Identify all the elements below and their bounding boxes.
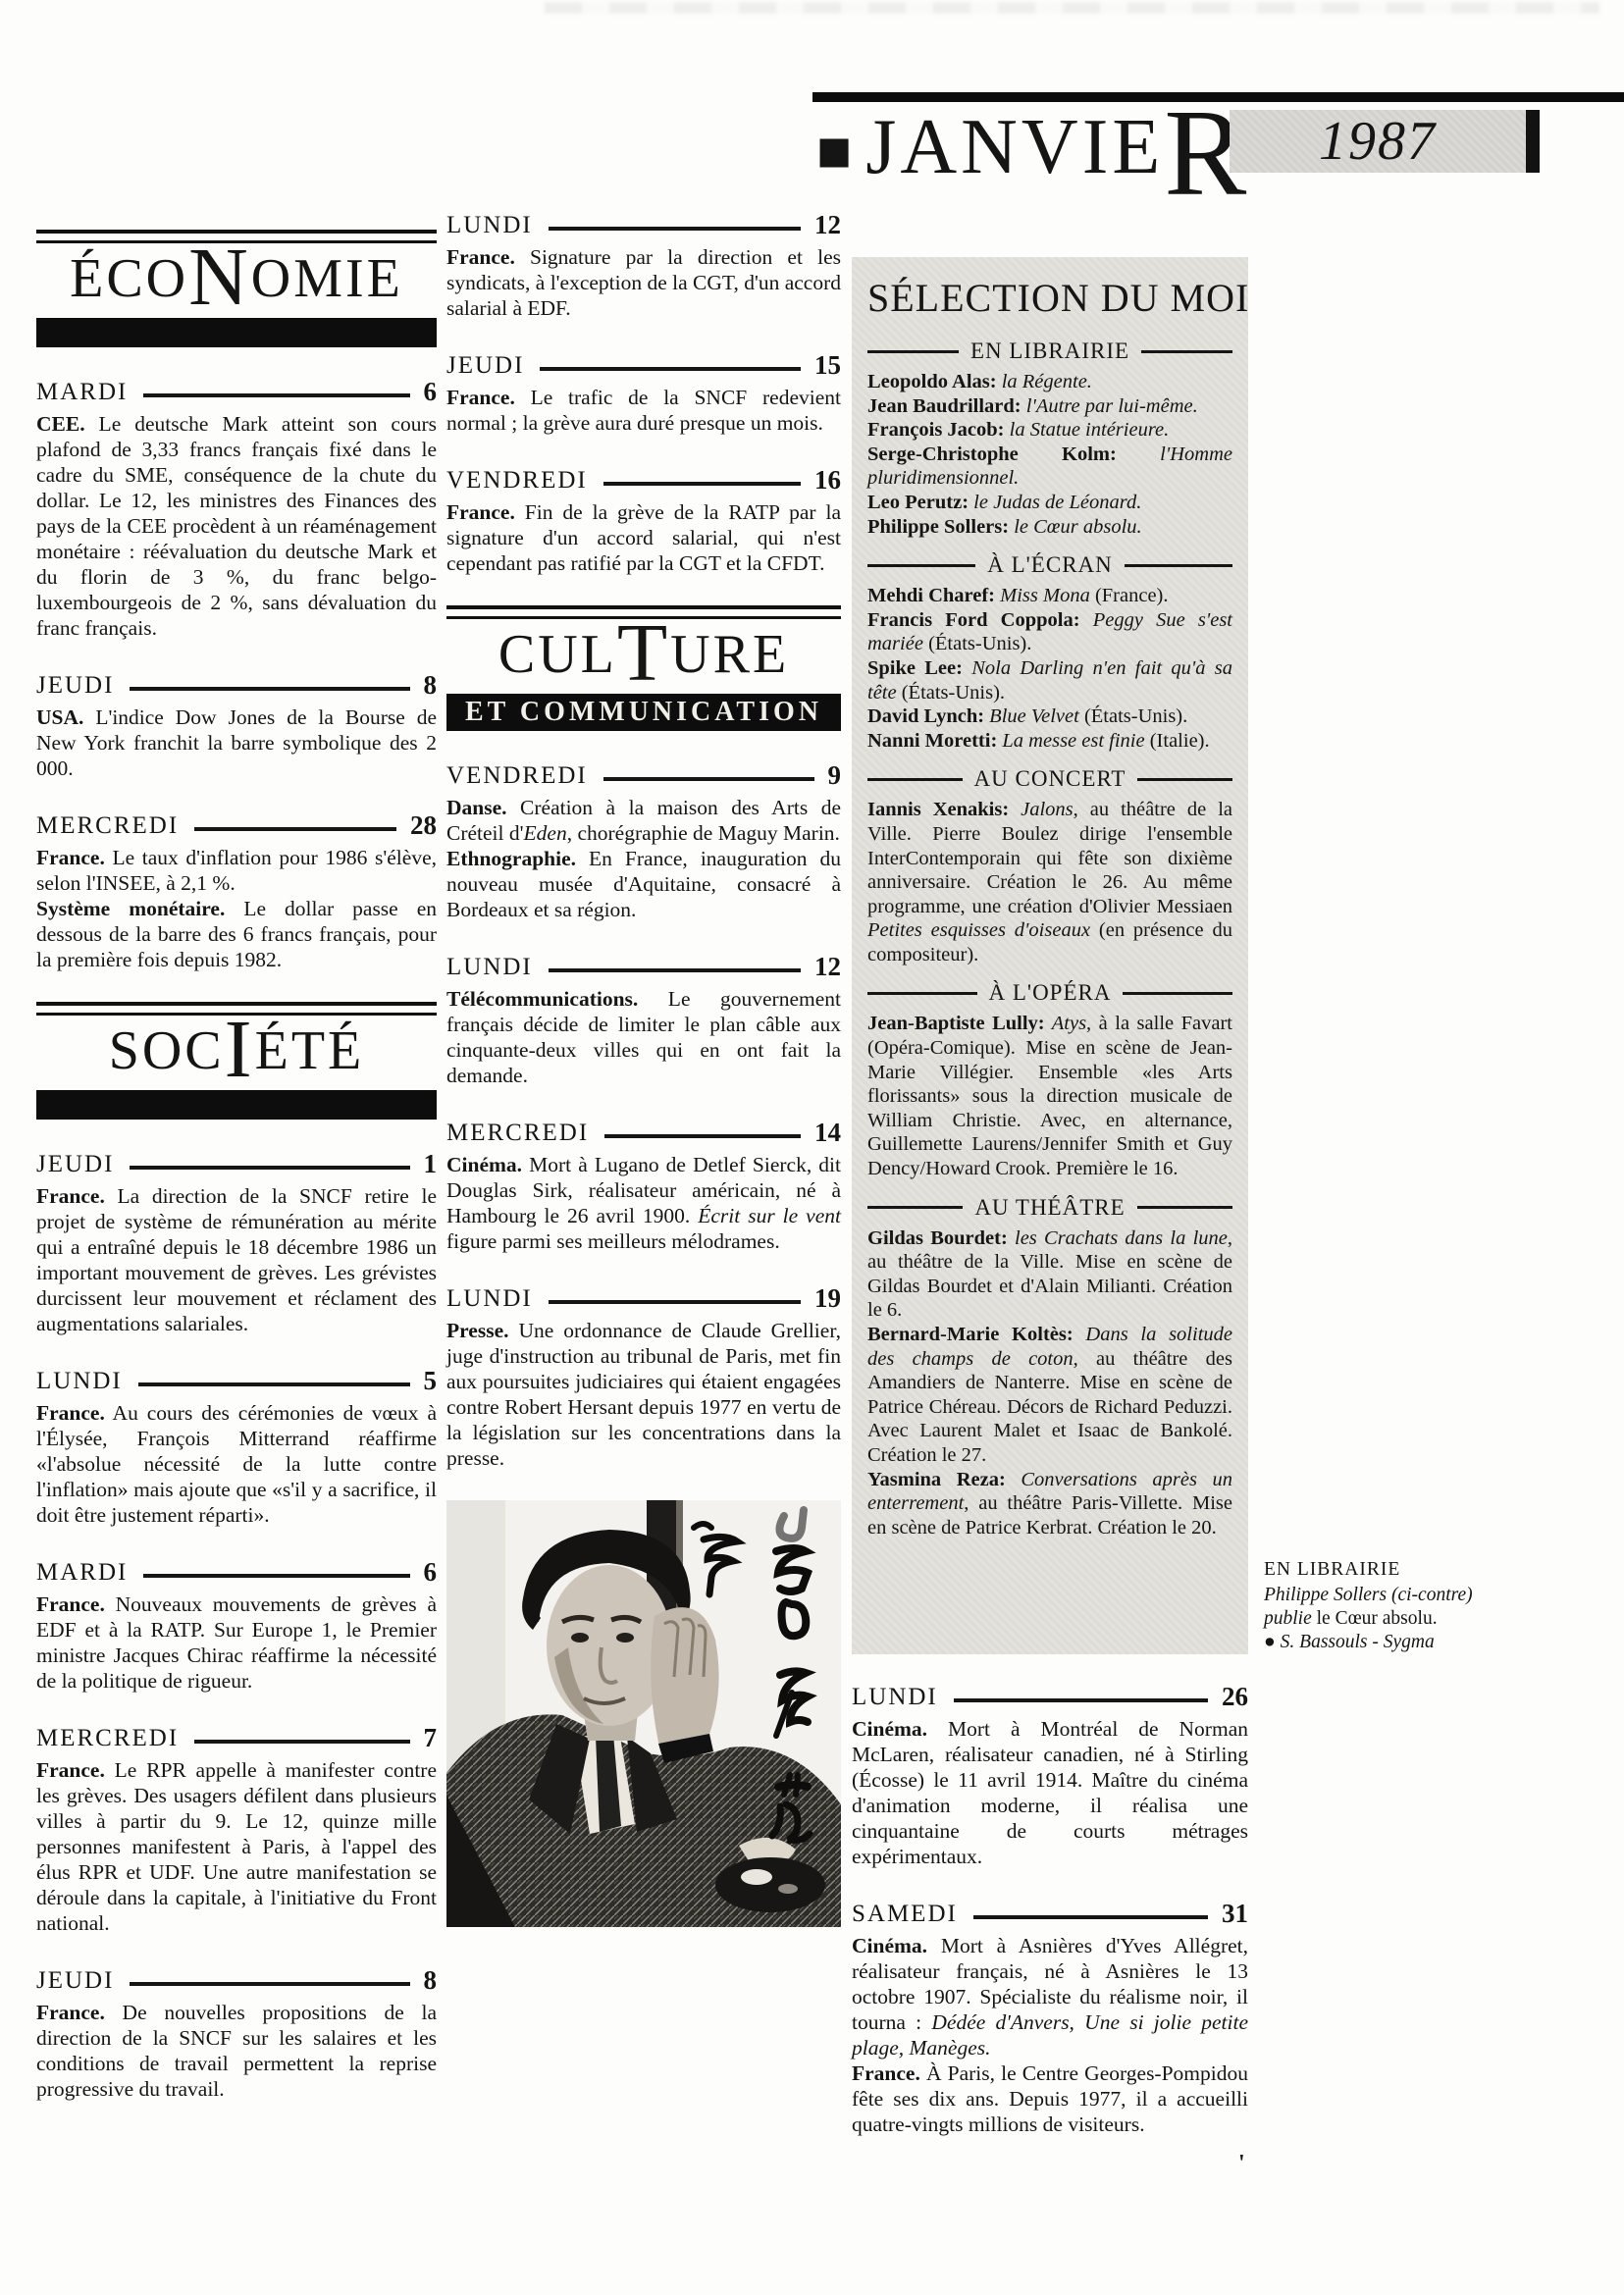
- column-economie-societe: ÉCONOMIE MARDI 6 CEE. Le deutsche Mark a…: [36, 224, 437, 2131]
- text-run: les Crachats dans la lune: [1008, 1227, 1228, 1249]
- day-entry: MARDI 6 CEE. Le deutsche Mark atteint so…: [36, 377, 437, 641]
- text-run: France.: [36, 1184, 105, 1208]
- text-paragraph: Système monétaire. Le dollar passe en de…: [36, 896, 437, 972]
- subhead-rule-left: [867, 778, 963, 781]
- text-run: Serge-Christophe Kolm:: [867, 443, 1117, 465]
- text-paragraph: France. Le taux d'inflation pour 1986 s'…: [36, 845, 437, 896]
- day-entry: MERCREDI 28 France. Le taux d'inflation …: [36, 810, 437, 972]
- caption-body: Philippe Sollers (ci-contre)publie le Cœ…: [1264, 1584, 1568, 1654]
- subhead-rule-left: [867, 1206, 963, 1209]
- year-box: 1987: [1230, 110, 1540, 173]
- text-run: L'indice Dow Jones de la Bourse de New Y…: [36, 705, 437, 780]
- entry-day: MERCREDI: [36, 812, 179, 840]
- entry-head: SAMEDI 31: [852, 1899, 1248, 1929]
- text-run: CEE.: [36, 412, 85, 436]
- entry-body: Cinéma. Mort à Asnières d'Yves Allégret,…: [852, 1933, 1248, 2137]
- entry-day-number: 1: [424, 1149, 438, 1179]
- text-run: Leopoldo Alas:: [867, 371, 997, 392]
- text-paragraph: Spike Lee: Nola Darling n'en fait qu'à s…: [867, 656, 1232, 704]
- text-paragraph: Jean-Baptiste Lully: Atys, à la salle Fa…: [867, 1012, 1232, 1180]
- text-paragraph: France. Au cours des cérémonies de vœux …: [36, 1400, 437, 1528]
- text-paragraph: Jean Baudrillard: l'Autre par lui-même.: [867, 394, 1232, 419]
- caption-label: EN LIBRAIRIE: [1264, 1558, 1568, 1582]
- panel-subhead: À L'OPÉRA: [867, 980, 1232, 1006]
- panel-subhead: AU THÉÂTRE: [867, 1195, 1232, 1221]
- scan-stray-mark: ': [1238, 2151, 1245, 2177]
- text-run: Jean Baudrillard:: [867, 395, 1022, 417]
- month-title: JANVIER: [865, 106, 1246, 188]
- text-paragraph: Mehdi Charef: Miss Mona (France).: [867, 584, 1232, 608]
- entry-day-number: 6: [424, 377, 438, 407]
- entry-day: MARDI: [36, 1559, 128, 1587]
- text-run: Jalons: [1009, 799, 1074, 820]
- subhead-label: À L'OPÉRA: [989, 980, 1112, 1006]
- text-run: Presse.: [446, 1319, 508, 1342]
- day-entry: MERCREDI 7 France. Le RPR appelle à mani…: [36, 1723, 437, 1936]
- entry-day: LUNDI: [446, 1285, 533, 1313]
- section-big-letter: N: [188, 232, 251, 323]
- entry-body: France. Au cours des cérémonies de vœux …: [36, 1400, 437, 1528]
- entry-head: JEUDI 8: [36, 670, 437, 701]
- entry-body: France. Signature par la direction et le…: [446, 244, 841, 321]
- day-entry: MARDI 6 France. Nouveaux mouvements de g…: [36, 1557, 437, 1694]
- text-run: France.: [852, 2061, 920, 2085]
- entry-rule: [194, 1740, 409, 1744]
- day-entry: LUNDI 12 Télécommunications. Le gouverne…: [446, 952, 841, 1088]
- panel-subhead: AU CONCERT: [867, 766, 1232, 792]
- text-run: Yasmina Reza:: [867, 1469, 1006, 1490]
- photo-caption: EN LIBRAIRIE Philippe Sollers (ci-contre…: [1264, 1558, 1568, 1654]
- entry-day-number: 8: [424, 670, 438, 701]
- text-paragraph: ● S. Bassouls - Sygma: [1264, 1631, 1568, 1654]
- subhead-label: AU CONCERT: [974, 766, 1126, 792]
- text-paragraph: France. Le RPR appelle à manifester cont…: [36, 1757, 437, 1936]
- day-entry: JEUDI 8 France. De nouvelles proposition…: [36, 1965, 437, 2102]
- entry-day: MARDI: [36, 379, 128, 406]
- entry-body: USA. L'indice Dow Jones de la Bourse de …: [36, 704, 437, 781]
- magazine-page: ■ JANVIER 1987 ÉCONOMIE MARDI 6 CEE. Le …: [0, 0, 1624, 2295]
- text-run: Miss Mona: [995, 585, 1090, 606]
- text-paragraph: France. Nouveaux mouvements de grèves à …: [36, 1591, 437, 1694]
- text-run: S. Bassouls - Sygma: [1281, 1632, 1435, 1652]
- text-paragraph: France. De nouvelles propositions de la …: [36, 2000, 437, 2102]
- text-run: Blue Velvet: [984, 705, 1079, 727]
- text-run: France.: [36, 2001, 105, 2024]
- entry-day-number: 31: [1222, 1899, 1248, 1929]
- text-paragraph: Cinéma. Mort à Lugano de Detlef Sierck, …: [446, 1152, 841, 1254]
- text-run: France.: [446, 500, 515, 524]
- entry-rule: [143, 1574, 409, 1578]
- text-run: (États-Unis).: [923, 633, 1031, 654]
- entry-head: VENDREDI 9: [446, 760, 841, 791]
- square-bullet-icon: ■: [816, 122, 852, 181]
- text-paragraph: Gildas Bourdet: les Crachats dans la lun…: [867, 1226, 1232, 1323]
- text-run: Ethnographie.: [446, 847, 576, 870]
- text-paragraph: France. À Paris, le Centre Georges-Pompi…: [852, 2060, 1248, 2137]
- entry-body: Danse. Création à la maison des Arts de …: [446, 795, 841, 922]
- text-paragraph: France. Signature par la direction et le…: [446, 244, 841, 321]
- panel-groups: EN LIBRAIRIE Leopoldo Alas: la Régente.J…: [867, 339, 1232, 1539]
- text-run: (États-Unis).: [897, 682, 1005, 704]
- text-run: la Statue intérieure.: [1005, 419, 1170, 441]
- text-run: (France).: [1090, 585, 1169, 606]
- year-label: 1987: [1319, 110, 1437, 173]
- section-black-bar: ET COMMUNICATION: [446, 694, 841, 731]
- entry-body: France. De nouvelles propositions de la …: [36, 2000, 437, 2102]
- text-paragraph: Cinéma. Mort à Montréal de Norman McLare…: [852, 1716, 1248, 1869]
- subhead-label: AU THÉÂTRE: [974, 1195, 1125, 1221]
- subhead-label: EN LIBRAIRIE: [970, 339, 1129, 364]
- text-paragraph: Cinéma. Mort à Asnières d'Yves Allégret,…: [852, 1933, 1248, 2060]
- section-header: SOCIÉTÉ: [36, 1002, 437, 1120]
- entry-head: VENDREDI 16: [446, 465, 841, 496]
- entry-body: Cinéma. Mort à Lugano de Detlef Sierck, …: [446, 1152, 841, 1254]
- day-entry: SAMEDI 31 Cinéma. Mort à Asnières d'Yves…: [852, 1899, 1248, 2137]
- subhead-rule-left: [867, 564, 975, 567]
- entry-day: JEUDI: [446, 352, 524, 380]
- day-entry: MERCREDI 14 Cinéma. Mort à Lugano de Det…: [446, 1118, 841, 1254]
- day-entry: JEUDI 15 France. Le trafic de la SNCF re…: [446, 350, 841, 436]
- day-entry: LUNDI 26 Cinéma. Mort à Montréal de Norm…: [852, 1682, 1248, 1869]
- entry-day-number: 5: [424, 1366, 438, 1396]
- text-run: Leo Perutz:: [867, 492, 969, 513]
- text-run: Le RPR appelle à manifester contre les g…: [36, 1758, 437, 1935]
- section-big-letter: T: [617, 607, 670, 699]
- text-run: François Jacob:: [867, 419, 1005, 441]
- entry-head: MERCREDI 7: [36, 1723, 437, 1753]
- entry-day: LUNDI: [446, 954, 533, 981]
- day-entry: JEUDI 8 USA. L'indice Dow Jones de la Bo…: [36, 670, 437, 781]
- entry-body: Télécommunications. Le gouvernement fran…: [446, 986, 841, 1088]
- entry-day-number: 16: [814, 465, 841, 496]
- text-run: Philippe Sollers:: [867, 516, 1009, 538]
- entry-body: France. Le trafic de la SNCF redevient n…: [446, 385, 841, 436]
- panel-subhead: À L'ÉCRAN: [867, 552, 1232, 578]
- entry-day: JEUDI: [36, 1151, 114, 1178]
- text-run: France.: [446, 386, 515, 409]
- text-run: Système monétaire.: [36, 897, 225, 920]
- text-run: le Judas de Léonard.: [969, 492, 1141, 513]
- text-run: Spike Lee:: [867, 657, 963, 679]
- day-entry: LUNDI 12 France. Signature par la direct…: [446, 210, 841, 321]
- text-run: Nanni Moretti:: [867, 730, 997, 752]
- entry-day: LUNDI: [36, 1368, 123, 1395]
- text-run: Gildas Bourdet:: [867, 1227, 1008, 1249]
- entry-day-number: 26: [1222, 1682, 1248, 1712]
- entry-day-number: 8: [424, 1965, 438, 1996]
- text-run: figure parmi ses meilleurs mélodrames.: [446, 1229, 780, 1253]
- entry-day-number: 15: [814, 350, 841, 381]
- text-run: Atys: [1045, 1013, 1086, 1034]
- entry-head: MARDI 6: [36, 377, 437, 407]
- entry-head: LUNDI 12: [446, 210, 841, 240]
- text-paragraph: France. Le trafic de la SNCF redevient n…: [446, 385, 841, 436]
- entry-body: France. Fin de la grève de la RATP par l…: [446, 499, 841, 576]
- entry-body: France. Le taux d'inflation pour 1986 s'…: [36, 845, 437, 972]
- text-paragraph: Iannis Xenakis: Jalons, au théâtre de la…: [867, 798, 1232, 966]
- text-paragraph: Leo Perutz: le Judas de Léonard.: [867, 491, 1232, 515]
- text-run: Danse.: [446, 796, 507, 819]
- entry-rule: [954, 1698, 1208, 1702]
- entry-day-number: 14: [814, 1118, 841, 1148]
- text-run: Mehdi Charef:: [867, 585, 995, 606]
- text-run: Écrit sur le vent: [698, 1204, 841, 1227]
- text-run: ●: [1264, 1632, 1281, 1652]
- entry-head: LUNDI 5: [36, 1366, 437, 1396]
- text-run: , à la salle Favart (Opéra-Comique). Mis…: [867, 1013, 1232, 1179]
- entry-body: Cinéma. Mort à Montréal de Norman McLare…: [852, 1716, 1248, 1869]
- entry-day: LUNDI: [446, 212, 533, 239]
- text-paragraph: Télécommunications. Le gouvernement fran…: [446, 986, 841, 1088]
- entry-rule: [194, 827, 396, 831]
- entry-head: JEUDI 1: [36, 1149, 437, 1179]
- entry-rule: [603, 777, 814, 781]
- entry-day-number: 28: [410, 810, 437, 841]
- text-paragraph: Yasmina Reza: Conversations après un ent…: [867, 1468, 1232, 1540]
- entry-rule: [549, 227, 801, 231]
- entry-rule: [549, 968, 801, 972]
- text-run: France.: [36, 1401, 105, 1425]
- entry-head: JEUDI 15: [446, 350, 841, 381]
- column-culture: LUNDI 12 France. Signature par la direct…: [446, 210, 841, 1927]
- text-paragraph: Philippe Sollers (ci-contre): [1264, 1584, 1568, 1607]
- entry-day: MERCREDI: [36, 1725, 179, 1752]
- text-run: France.: [36, 1758, 105, 1782]
- text-run: publie: [1264, 1608, 1312, 1629]
- entry-day: LUNDI: [852, 1684, 938, 1711]
- subhead-rule-right: [1141, 350, 1232, 353]
- subhead-rule-right: [1123, 992, 1232, 995]
- section-header: CULTURE ET COMMUNICATION: [446, 605, 841, 731]
- day-entry: VENDREDI 16 France. Fin de la grève de l…: [446, 465, 841, 576]
- text-paragraph: USA. L'indice Dow Jones de la Bourse de …: [36, 704, 437, 781]
- text-paragraph: Philippe Sollers: le Cœur absolu.: [867, 515, 1232, 540]
- subhead-rule-right: [1125, 564, 1232, 567]
- photo-philippe-sollers: [446, 1500, 841, 1927]
- text-run: le Cœur absolu.: [1009, 516, 1142, 538]
- entry-rule: [604, 1134, 801, 1138]
- entry-head: LUNDI 26: [852, 1682, 1248, 1712]
- text-run: le Cœur absolu.: [1312, 1608, 1438, 1629]
- text-paragraph: Francis Ford Coppola: Peggy Sue s'est ma…: [867, 608, 1232, 656]
- photo-block: [446, 1500, 841, 1927]
- entry-day: JEUDI: [36, 1967, 114, 1995]
- entry-rule: [549, 1300, 801, 1304]
- subhead-rule-right: [1137, 1206, 1232, 1209]
- text-run: France.: [446, 245, 515, 269]
- subhead-rule-left: [867, 350, 959, 353]
- section-title: CULTURE: [446, 623, 841, 686]
- entry-day: JEUDI: [36, 672, 114, 700]
- entry-day-number: 6: [424, 1557, 438, 1588]
- entry-day-number: 19: [814, 1283, 841, 1314]
- entry-day-number: 9: [828, 760, 842, 791]
- entry-head: LUNDI 12: [446, 952, 841, 982]
- text-paragraph: Leopoldo Alas: la Régente.: [867, 370, 1232, 394]
- text-run: David Lynch:: [867, 705, 984, 727]
- entry-head: MARDI 6: [36, 1557, 437, 1588]
- day-entry: LUNDI 19 Presse. Une ordonnance de Claud…: [446, 1283, 841, 1471]
- section-title: ÉCONOMIE: [36, 247, 437, 310]
- selection-du-mois-panel: SÉLECTION DU MOIS EN LIBRAIRIE Leopoldo …: [852, 257, 1248, 1654]
- entry-head: MERCREDI 28: [36, 810, 437, 841]
- section-big-letter: I: [225, 1004, 255, 1095]
- entry-head: LUNDI 19: [446, 1283, 841, 1314]
- entry-rule: [138, 1382, 410, 1386]
- scan-ghost-text: [545, 2, 1599, 14]
- text-run: la Régente.: [997, 371, 1092, 392]
- entry-day-number: 12: [814, 210, 841, 240]
- text-run: Cinéma.: [852, 1717, 927, 1741]
- masthead: ■ JANVIER: [816, 106, 1246, 188]
- day-entry: VENDREDI 9 Danse. Création à la maison d…: [446, 760, 841, 922]
- text-run: Le deutsche Mark atteint son cours plafo…: [36, 412, 437, 640]
- text-run: Iannis Xenakis:: [867, 799, 1009, 820]
- text-paragraph: Presse. Une ordonnance de Claude Grellie…: [446, 1318, 841, 1471]
- text-run: (États-Unis).: [1079, 705, 1187, 727]
- entry-body: France. Nouveaux mouvements de grèves à …: [36, 1591, 437, 1694]
- text-paragraph: David Lynch: Blue Velvet (États-Unis).: [867, 704, 1232, 729]
- text-paragraph: François Jacob: la Statue intérieure.: [867, 418, 1232, 443]
- text-run: Cinéma.: [446, 1153, 522, 1176]
- entry-day-number: 12: [814, 952, 841, 982]
- entry-rule: [130, 1166, 409, 1170]
- subhead-label: À L'ÉCRAN: [987, 552, 1113, 578]
- text-paragraph: publie le Cœur absolu.: [1264, 1607, 1568, 1631]
- entry-day: SAMEDI: [852, 1901, 958, 1928]
- entry-rule: [603, 482, 801, 486]
- day-entry: JEUDI 1 France. La direction de la SNCF …: [36, 1149, 437, 1336]
- panel-subhead: EN LIBRAIRIE: [867, 339, 1232, 364]
- text-paragraph: Danse. Création à la maison des Arts de …: [446, 795, 841, 846]
- entry-day: VENDREDI: [446, 467, 588, 495]
- subhead-rule-left: [867, 992, 977, 995]
- entry-rule: [143, 393, 409, 397]
- text-paragraph: CEE. Le deutsche Mark atteint son cours …: [36, 411, 437, 641]
- text-run: Télécommunications.: [446, 987, 638, 1011]
- entry-body: Presse. Une ordonnance de Claude Grellie…: [446, 1318, 841, 1471]
- text-run: France.: [36, 846, 105, 869]
- text-run: France.: [36, 1592, 105, 1616]
- entry-body: France. Le RPR appelle à manifester cont…: [36, 1757, 437, 1936]
- text-paragraph: France. Fin de la grève de la RATP par l…: [446, 499, 841, 576]
- text-paragraph: Bernard-Marie Koltès: Dans la solitude d…: [867, 1323, 1232, 1468]
- text-paragraph: France. La direction de la SNCF retire l…: [36, 1183, 437, 1336]
- entry-body: CEE. Le deutsche Mark atteint son cours …: [36, 411, 437, 641]
- text-paragraph: Serge-Christophe Kolm: l'Homme pluridime…: [867, 443, 1232, 491]
- day-entry: LUNDI 5 France. Au cours des cérémonies …: [36, 1366, 437, 1528]
- text-paragraph: Nanni Moretti: La messe est finie (Itali…: [867, 729, 1232, 754]
- entry-day-number: 7: [424, 1723, 438, 1753]
- entry-body: France. La direction de la SNCF retire l…: [36, 1183, 437, 1336]
- entry-rule: [540, 367, 801, 371]
- text-paragraph: Ethnographie. En France, inauguration du…: [446, 846, 841, 922]
- section-title: SOCIÉTÉ: [36, 1019, 437, 1082]
- text-run: La messe est finie: [997, 730, 1144, 752]
- entry-rule: [973, 1915, 1208, 1919]
- text-run: l'Autre par lui-même.: [1022, 395, 1198, 417]
- text-run: Jean-Baptiste Lully:: [867, 1013, 1045, 1034]
- panel-title: SÉLECTION DU MOIS: [867, 275, 1232, 321]
- entry-rule: [130, 1982, 409, 1986]
- text-run: Cinéma.: [852, 1934, 927, 1957]
- entry-rule: [130, 687, 409, 691]
- text-run: Petites esquisses d'oiseaux: [867, 919, 1090, 941]
- text-run: , chorégraphie de Maguy Marin.: [567, 821, 840, 845]
- section-header: ÉCONOMIE: [36, 230, 437, 347]
- text-run: USA.: [36, 705, 83, 729]
- text-run: Philippe Sollers (ci-contre): [1264, 1585, 1473, 1605]
- entry-head: MERCREDI 14: [446, 1118, 841, 1148]
- text-run: Francis Ford Coppola:: [867, 609, 1080, 631]
- text-run: Eden: [524, 821, 567, 845]
- text-run: Bernard-Marie Koltès:: [867, 1324, 1074, 1345]
- entry-day: MERCREDI: [446, 1120, 589, 1147]
- subhead-rule-right: [1137, 778, 1232, 781]
- entry-head: JEUDI 8: [36, 1965, 437, 1996]
- text-run: (Italie).: [1145, 730, 1210, 752]
- entry-day: VENDREDI: [446, 762, 588, 790]
- column-right-lower: LUNDI 26 Cinéma. Mort à Montréal de Norm…: [852, 1682, 1248, 2166]
